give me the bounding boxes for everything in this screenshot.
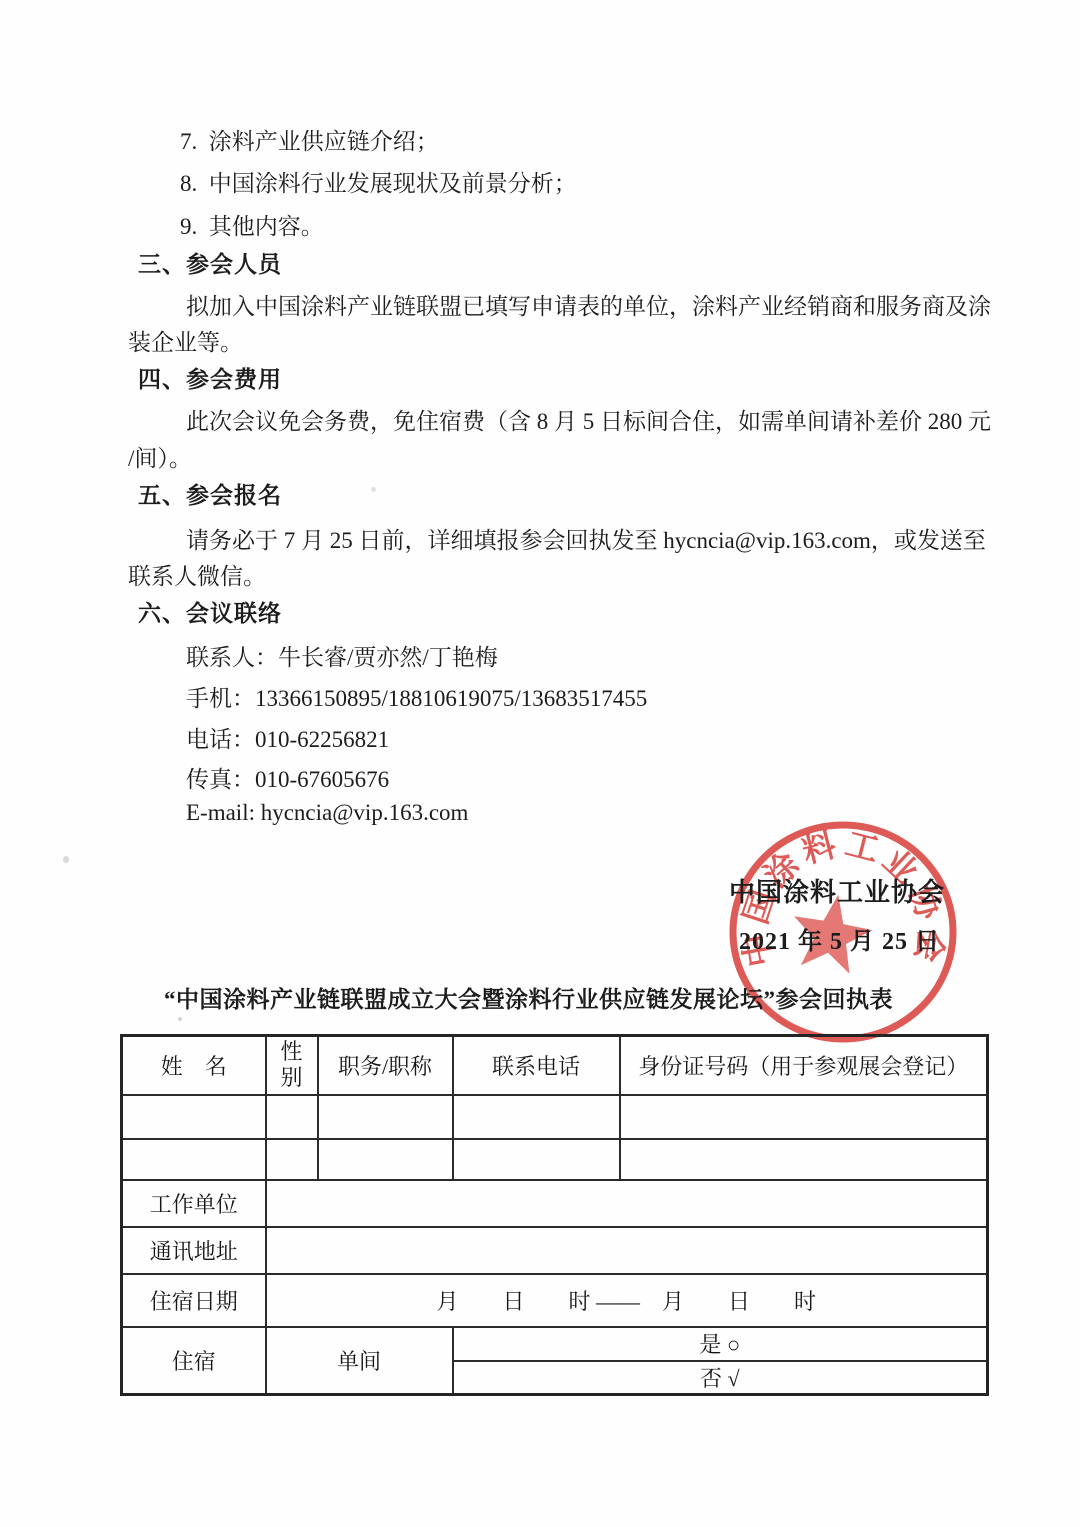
signature-date: 2021 年 5 月 25 日 — [739, 921, 940, 956]
header-id-number: 身份证号码（用于参观展会登记） — [620, 1036, 988, 1095]
header-name: 姓 名 — [122, 1036, 266, 1095]
fax-line: 传真：010-67605676 — [186, 767, 389, 792]
header-phone: 联系电话 — [453, 1036, 620, 1095]
section-6-heading: 六、会议联络 — [138, 601, 282, 626]
option-yes-cell: 是 ○ — [453, 1327, 988, 1361]
agenda-item-8: 8. 中国涂料行业发展现状及前景分析； — [180, 171, 577, 196]
empty-cell — [453, 1095, 620, 1139]
section-5-text-line-2: 联系人微信。 — [128, 564, 266, 589]
scan-artifact — [178, 1017, 182, 1021]
empty-cell — [266, 1095, 318, 1139]
scan-artifact — [63, 856, 69, 863]
phone-line: 电话：010-62256821 — [186, 727, 389, 752]
label-single-room: 单间 — [266, 1327, 453, 1395]
empty-cell — [122, 1095, 266, 1139]
empty-cell — [318, 1095, 453, 1139]
section-5-heading: 五、参会报名 — [138, 483, 282, 508]
section-4-text-line-1: 此次会议免会务费，免住宿费（含 8 月 5 日标间合住，如需单间请补差价 280… — [186, 409, 991, 434]
stay-date-row: 住宿日期 月 日 时 —— 月 日 时 — [122, 1274, 988, 1327]
empty-cell — [122, 1139, 266, 1180]
stay-date-value-cell: 月 日 时 —— 月 日 时 — [266, 1274, 988, 1327]
reply-form-table: 姓 名 性 别 职务/职称 联系电话 身份证号码（用于参观展会登记） 工作单位 … — [120, 1034, 989, 1396]
address-row: 通讯地址 — [122, 1227, 988, 1274]
option-no-cell: 否 √ — [453, 1361, 988, 1395]
contact-person-line: 联系人：牛长睿/贾亦然/丁艳梅 — [186, 645, 498, 670]
form-title: “中国涂料产业链联盟成立大会暨涂料行业供应链发展论坛”参会回执表 — [164, 981, 893, 1014]
section-3-text-line-1: 拟加入中国涂料产业链联盟已填写申请表的单位，涂料产业经销商和服务商及涂 — [186, 294, 991, 319]
email-line: E-mail: hycncia@vip.163.com — [186, 800, 468, 825]
empty-cell — [620, 1139, 988, 1180]
header-gender: 性 别 — [266, 1036, 318, 1095]
empty-cell — [620, 1095, 988, 1139]
signature-org: 中国涂料工业协会 — [729, 872, 945, 909]
agenda-item-9: 9. 其他内容。 — [180, 214, 324, 239]
address-value-cell — [266, 1227, 988, 1274]
empty-cell — [453, 1139, 620, 1180]
empty-cell — [318, 1139, 453, 1180]
section-4-text-line-2: /间）。 — [128, 446, 192, 471]
label-stay: 住宿 — [122, 1327, 266, 1395]
stay-row-yes: 住宿 单间 是 ○ — [122, 1327, 988, 1361]
work-unit-row: 工作单位 — [122, 1180, 988, 1227]
empty-cell — [266, 1139, 318, 1180]
section-3-heading: 三、参会人员 — [138, 252, 282, 277]
section-4-heading: 四、参会费用 — [138, 367, 282, 392]
scan-artifact — [371, 487, 376, 492]
attendee-row-1 — [122, 1095, 988, 1139]
section-3-text-line-2: 装企业等。 — [128, 330, 243, 355]
work-unit-value-cell — [266, 1180, 988, 1227]
header-title: 职务/职称 — [318, 1036, 453, 1095]
attendee-row-2 — [122, 1139, 988, 1180]
label-work-unit: 工作单位 — [122, 1180, 266, 1227]
agenda-item-7: 7. 涂料产业供应链介绍； — [180, 129, 439, 154]
table-header-row: 姓 名 性 别 职务/职称 联系电话 身份证号码（用于参观展会登记） — [122, 1036, 988, 1095]
label-stay-date: 住宿日期 — [122, 1274, 266, 1327]
section-5-text-line-1: 请务必于 7 月 25 日前，详细填报参会回执发至 hycncia@vip.16… — [186, 528, 986, 553]
mobile-line: 手机：13366150895/18810619075/13683517455 — [186, 686, 647, 711]
label-address: 通讯地址 — [122, 1227, 266, 1274]
document-page: 7. 涂料产业供应链介绍； 8. 中国涂料行业发展现状及前景分析； 9. 其他内… — [0, 0, 1080, 1527]
